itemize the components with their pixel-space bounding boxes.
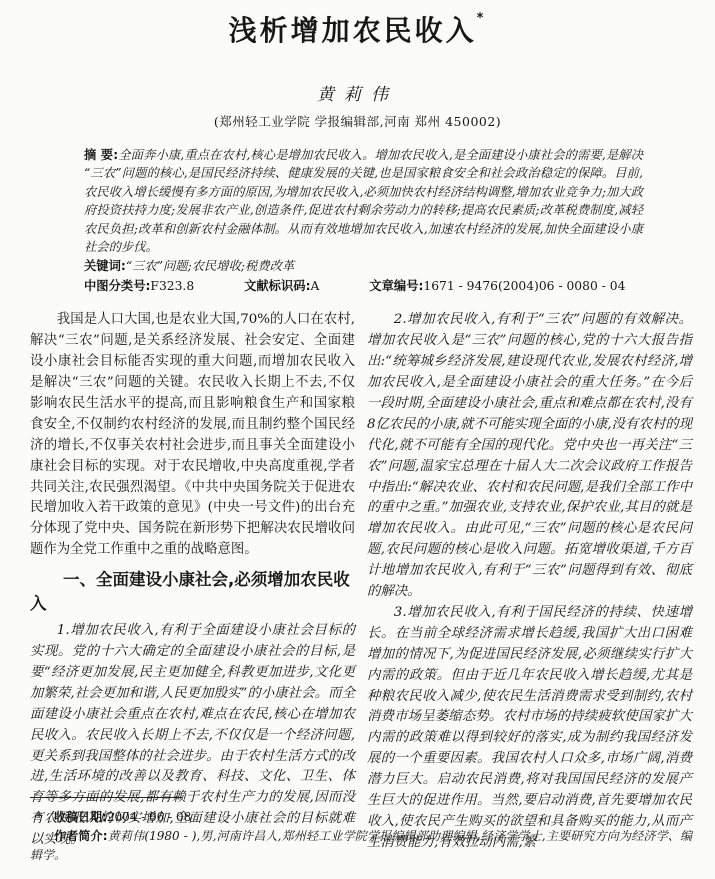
doc-code-value: A [310, 279, 319, 293]
abstract-text: 全面奔小康,重点在农村,核心是增加农民收入。增加农民收入,是全面建设小康社会的需… [84, 148, 643, 254]
doc-code-pair: 文献标识码:A [244, 277, 319, 295]
title-footnote-marker: * [477, 11, 487, 26]
footnote-asterisk-marker: * [30, 808, 54, 827]
article-id-pair: 文章编号:1671 - 9476(2004)06 - 0080 - 04 [369, 277, 625, 295]
clc-label: 中图分类号: [84, 279, 150, 293]
paragraph-intro: 我国是人口大国,也是农业大国,70%的人口在农村,解决“三农”问题,是关系经济发… [30, 310, 355, 561]
author-bio-line: 作者简介:黄莉伟(1980 - ),男,河南许昌人,郑州轻工业学院学报编辑部助理… [30, 827, 692, 865]
body-columns: 我国是人口大国,也是农业大国,70%的人口在农村,解决“三农”问题,是关系经济发… [30, 310, 692, 854]
footnote: *收稿日期:2004 - 06 - 08 作者简介:黄莉伟(1980 - ),男… [30, 797, 692, 865]
clc-pair: 中图分类号:F323.8 [84, 277, 194, 295]
abstract-label: 摘 要: [84, 148, 118, 162]
section-heading-1: 一、全面建设小康社会,必须增加农民收入 [30, 568, 355, 616]
received-date-label: 收稿日期: [54, 810, 107, 824]
paragraph-point-2: 2.增加农民收入,有利于“三农”问题的有效解决。增加农民收入是“三农”问题的核心… [367, 310, 692, 603]
author-bio-text: 黄莉伟(1980 - ),男,河南许昌人,郑州轻工业学院学报编辑部助理编辑,经济… [30, 829, 692, 862]
article-id-label: 文章编号: [369, 279, 423, 293]
received-date-line: *收稿日期:2004 - 06 - 08 [30, 808, 692, 827]
clc-value: F323.8 [150, 279, 194, 293]
classification-line: 中图分类号:F323.8 文献标识码:A 文章编号:1671 - 9476(20… [84, 277, 643, 295]
page-title: 浅析增加农民收入* [0, 12, 715, 50]
received-date-value: 2004 - 06 - 08 [107, 810, 191, 824]
journal-article-page: 浅析增加农民收入* 黄莉伟 (郑州轻工业学院 学报编辑部,河南 郑州 45000… [0, 0, 715, 879]
article-header: 浅析增加农民收入* 黄莉伟 (郑州轻工业学院 学报编辑部,河南 郑州 45000… [0, 0, 715, 130]
abstract: 摘 要:全面奔小康,重点在农村,核心是增加农民收入。增加农民收入,是全面建设小康… [84, 146, 643, 256]
keywords-text: “三农”问题;农民增收;税费改革 [126, 259, 294, 273]
doc-code-label: 文献标识码: [244, 279, 310, 293]
keywords: 关键词:“三农”问题;农民增收;税费改革 [84, 257, 643, 275]
keywords-label: 关键词: [84, 259, 126, 273]
author-affiliation: (郑州轻工业学院 学报编辑部,河南 郑州 450002) [0, 112, 715, 130]
article-meta: 摘 要:全面奔小康,重点在农村,核心是增加农民收入。增加农民收入,是全面建设小康… [84, 146, 643, 295]
body-left-column: 我国是人口大国,也是农业大国,70%的人口在农村,解决“三农”问题,是关系经济发… [30, 310, 355, 854]
page-title-text: 浅析增加农民收入 [229, 14, 477, 47]
author-bio-label: 作者简介: [54, 829, 108, 843]
article-id-value: 1671 - 9476(2004)06 - 0080 - 04 [423, 279, 625, 293]
author-name: 黄莉伟 [0, 80, 715, 105]
body-right-column: 2.增加农民收入,有利于“三农”问题的有效解决。增加农民收入是“三农”问题的核心… [367, 310, 692, 854]
footnote-divider [30, 797, 182, 798]
